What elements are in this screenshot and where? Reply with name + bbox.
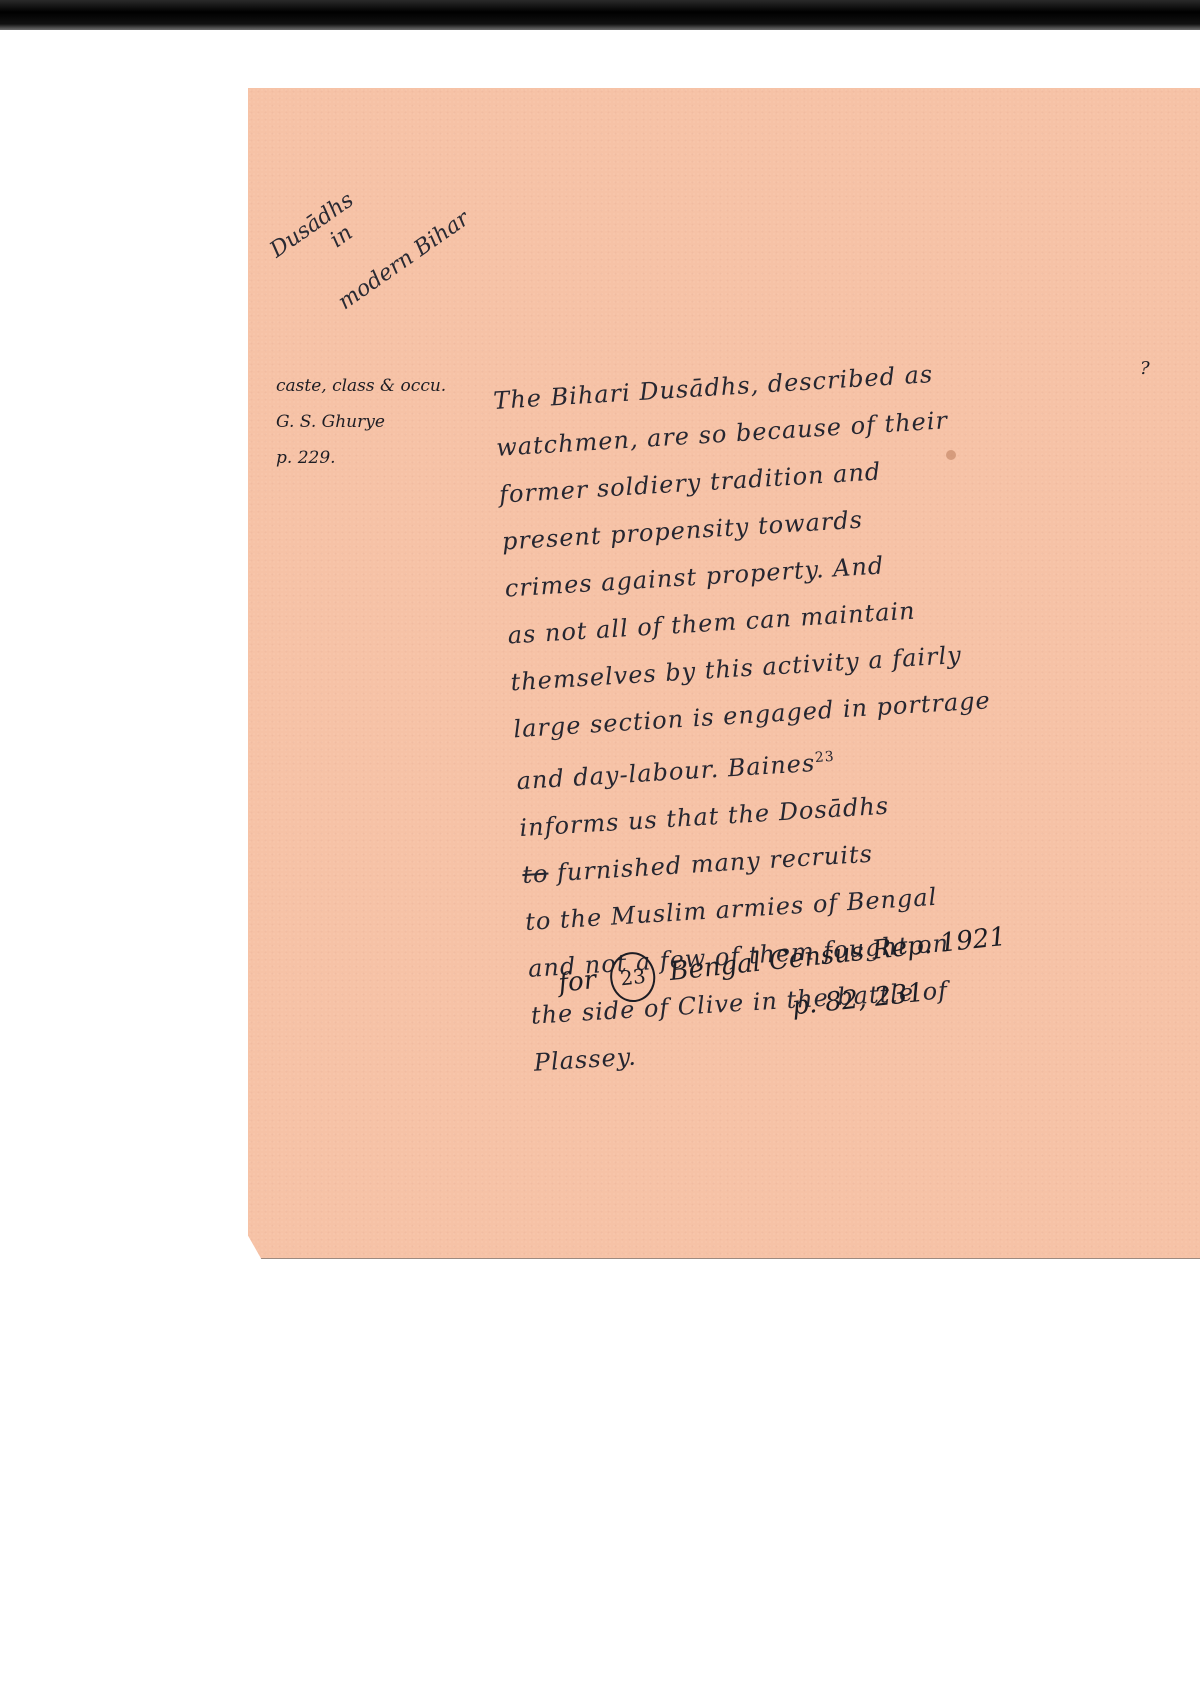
reference-page: p. 229. xyxy=(276,440,446,476)
reference-author: G. S. Ghurye xyxy=(276,404,446,440)
footnote-number-circle: 23 xyxy=(608,950,658,1004)
scanner-edge-bar xyxy=(0,0,1200,30)
reference-title: caste, class & occu. xyxy=(276,368,446,404)
struck-word: to xyxy=(522,860,550,890)
title-line-3: modern Bihar xyxy=(334,206,474,315)
title-note: Dusādhs in modern Bihar xyxy=(270,140,530,310)
body-line-text: and day-labour. Baines xyxy=(516,749,816,795)
footnote-prefix: for xyxy=(557,965,598,999)
footnote-marker: 23 xyxy=(814,749,835,766)
margin-reference: caste, class & occu. G. S. Ghurye p. 229… xyxy=(276,368,446,476)
